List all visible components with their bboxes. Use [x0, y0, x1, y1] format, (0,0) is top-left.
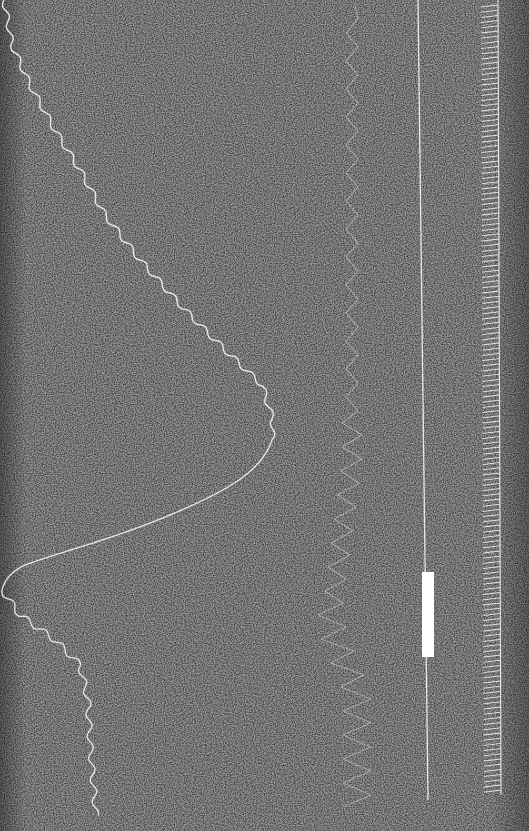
- vignette: [0, 0, 529, 831]
- recording-plate: [0, 0, 529, 831]
- signal-marker: [422, 572, 434, 657]
